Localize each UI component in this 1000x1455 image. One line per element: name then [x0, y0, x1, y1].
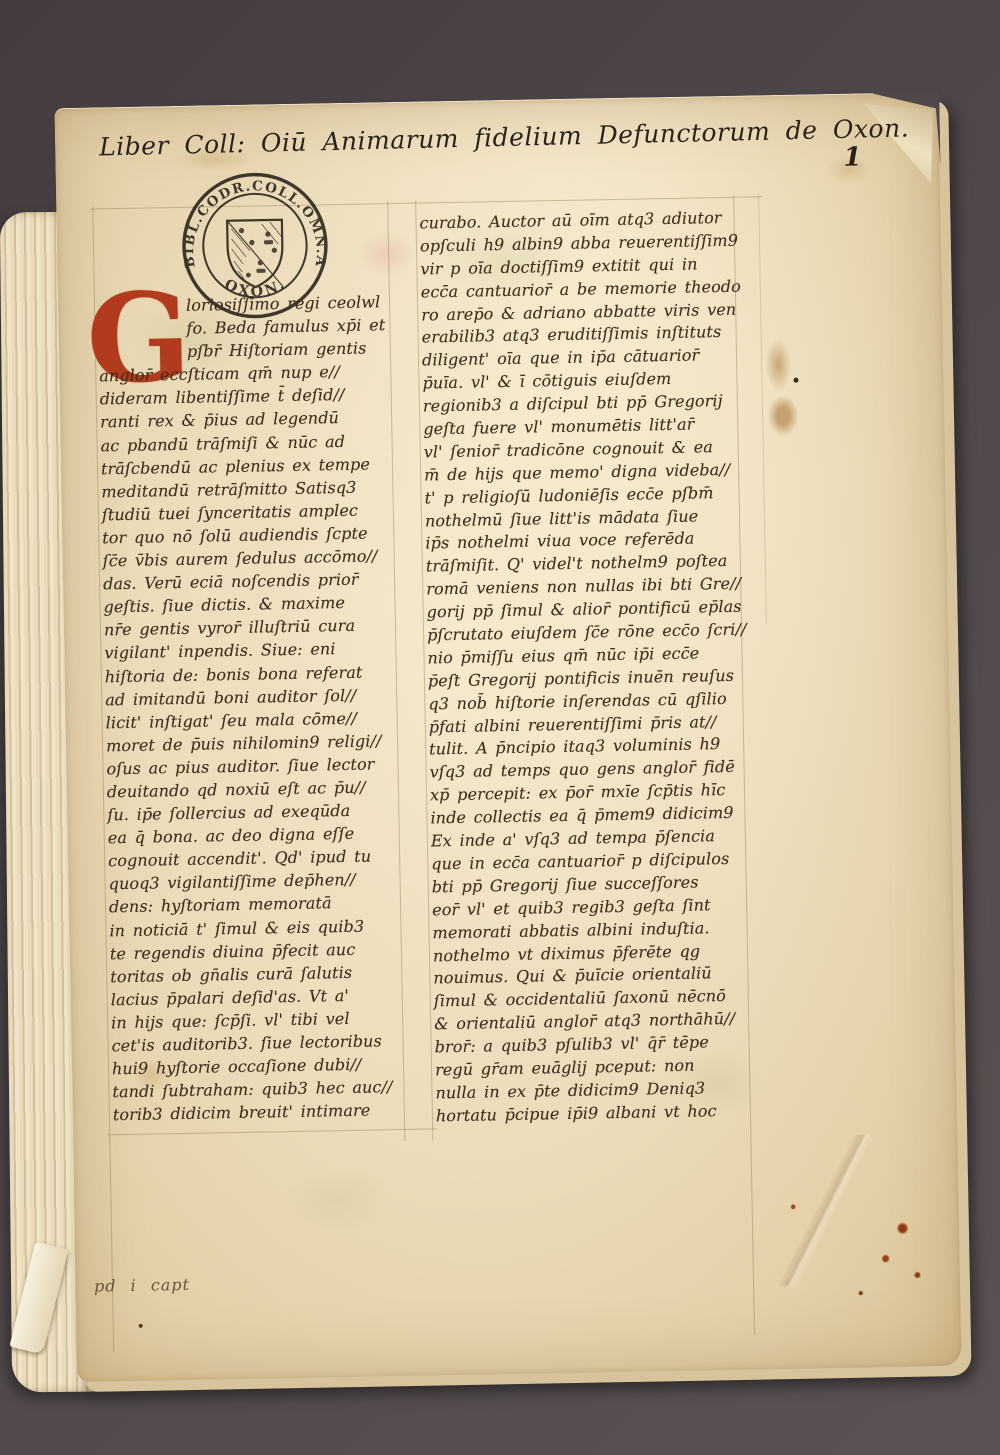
- photograph-backdrop: { "colors":{ "bg":"#4f4749","parch":"#ed…: [0, 0, 1000, 1455]
- folio-number: 1: [843, 142, 862, 172]
- parchment-crease: [703, 1133, 946, 1287]
- red-stain: [858, 1291, 863, 1296]
- ink-dot: [793, 378, 798, 383]
- ink-dribble-stain: [768, 396, 799, 437]
- ink-dot: [139, 1324, 143, 1328]
- red-stain: [791, 1204, 796, 1210]
- red-stain: [914, 1272, 921, 1279]
- ruling-line: [758, 194, 767, 624]
- ink-dribble-stain: [765, 338, 792, 392]
- text-line: hortatu p̄cipue ip̄i9 albani vt hoc: [436, 1100, 760, 1129]
- stamp-shield: [227, 220, 283, 288]
- red-stain: [882, 1254, 890, 1263]
- red-stain: [897, 1222, 908, 1235]
- text-line: torib3 didicim breuit' intimare: [113, 1100, 407, 1128]
- stain: [284, 1163, 395, 1235]
- text-column-left: loriosiſſimo regi ceolwlfo. Beda famulus…: [98, 292, 407, 1129]
- text-column-right: curabo. Auctor aū oīm atq3 adiutoropſcul…: [419, 208, 760, 1129]
- quire-margin-note: pd i capt: [94, 1275, 190, 1296]
- manuscript-page: Liber Coll: Oiū Animarum fidelium Defunc…: [54, 92, 961, 1382]
- ex-libris-inscription: Liber Coll: Oiū Animarum fidelium Defunc…: [99, 114, 889, 162]
- ruling-line: [107, 1128, 437, 1135]
